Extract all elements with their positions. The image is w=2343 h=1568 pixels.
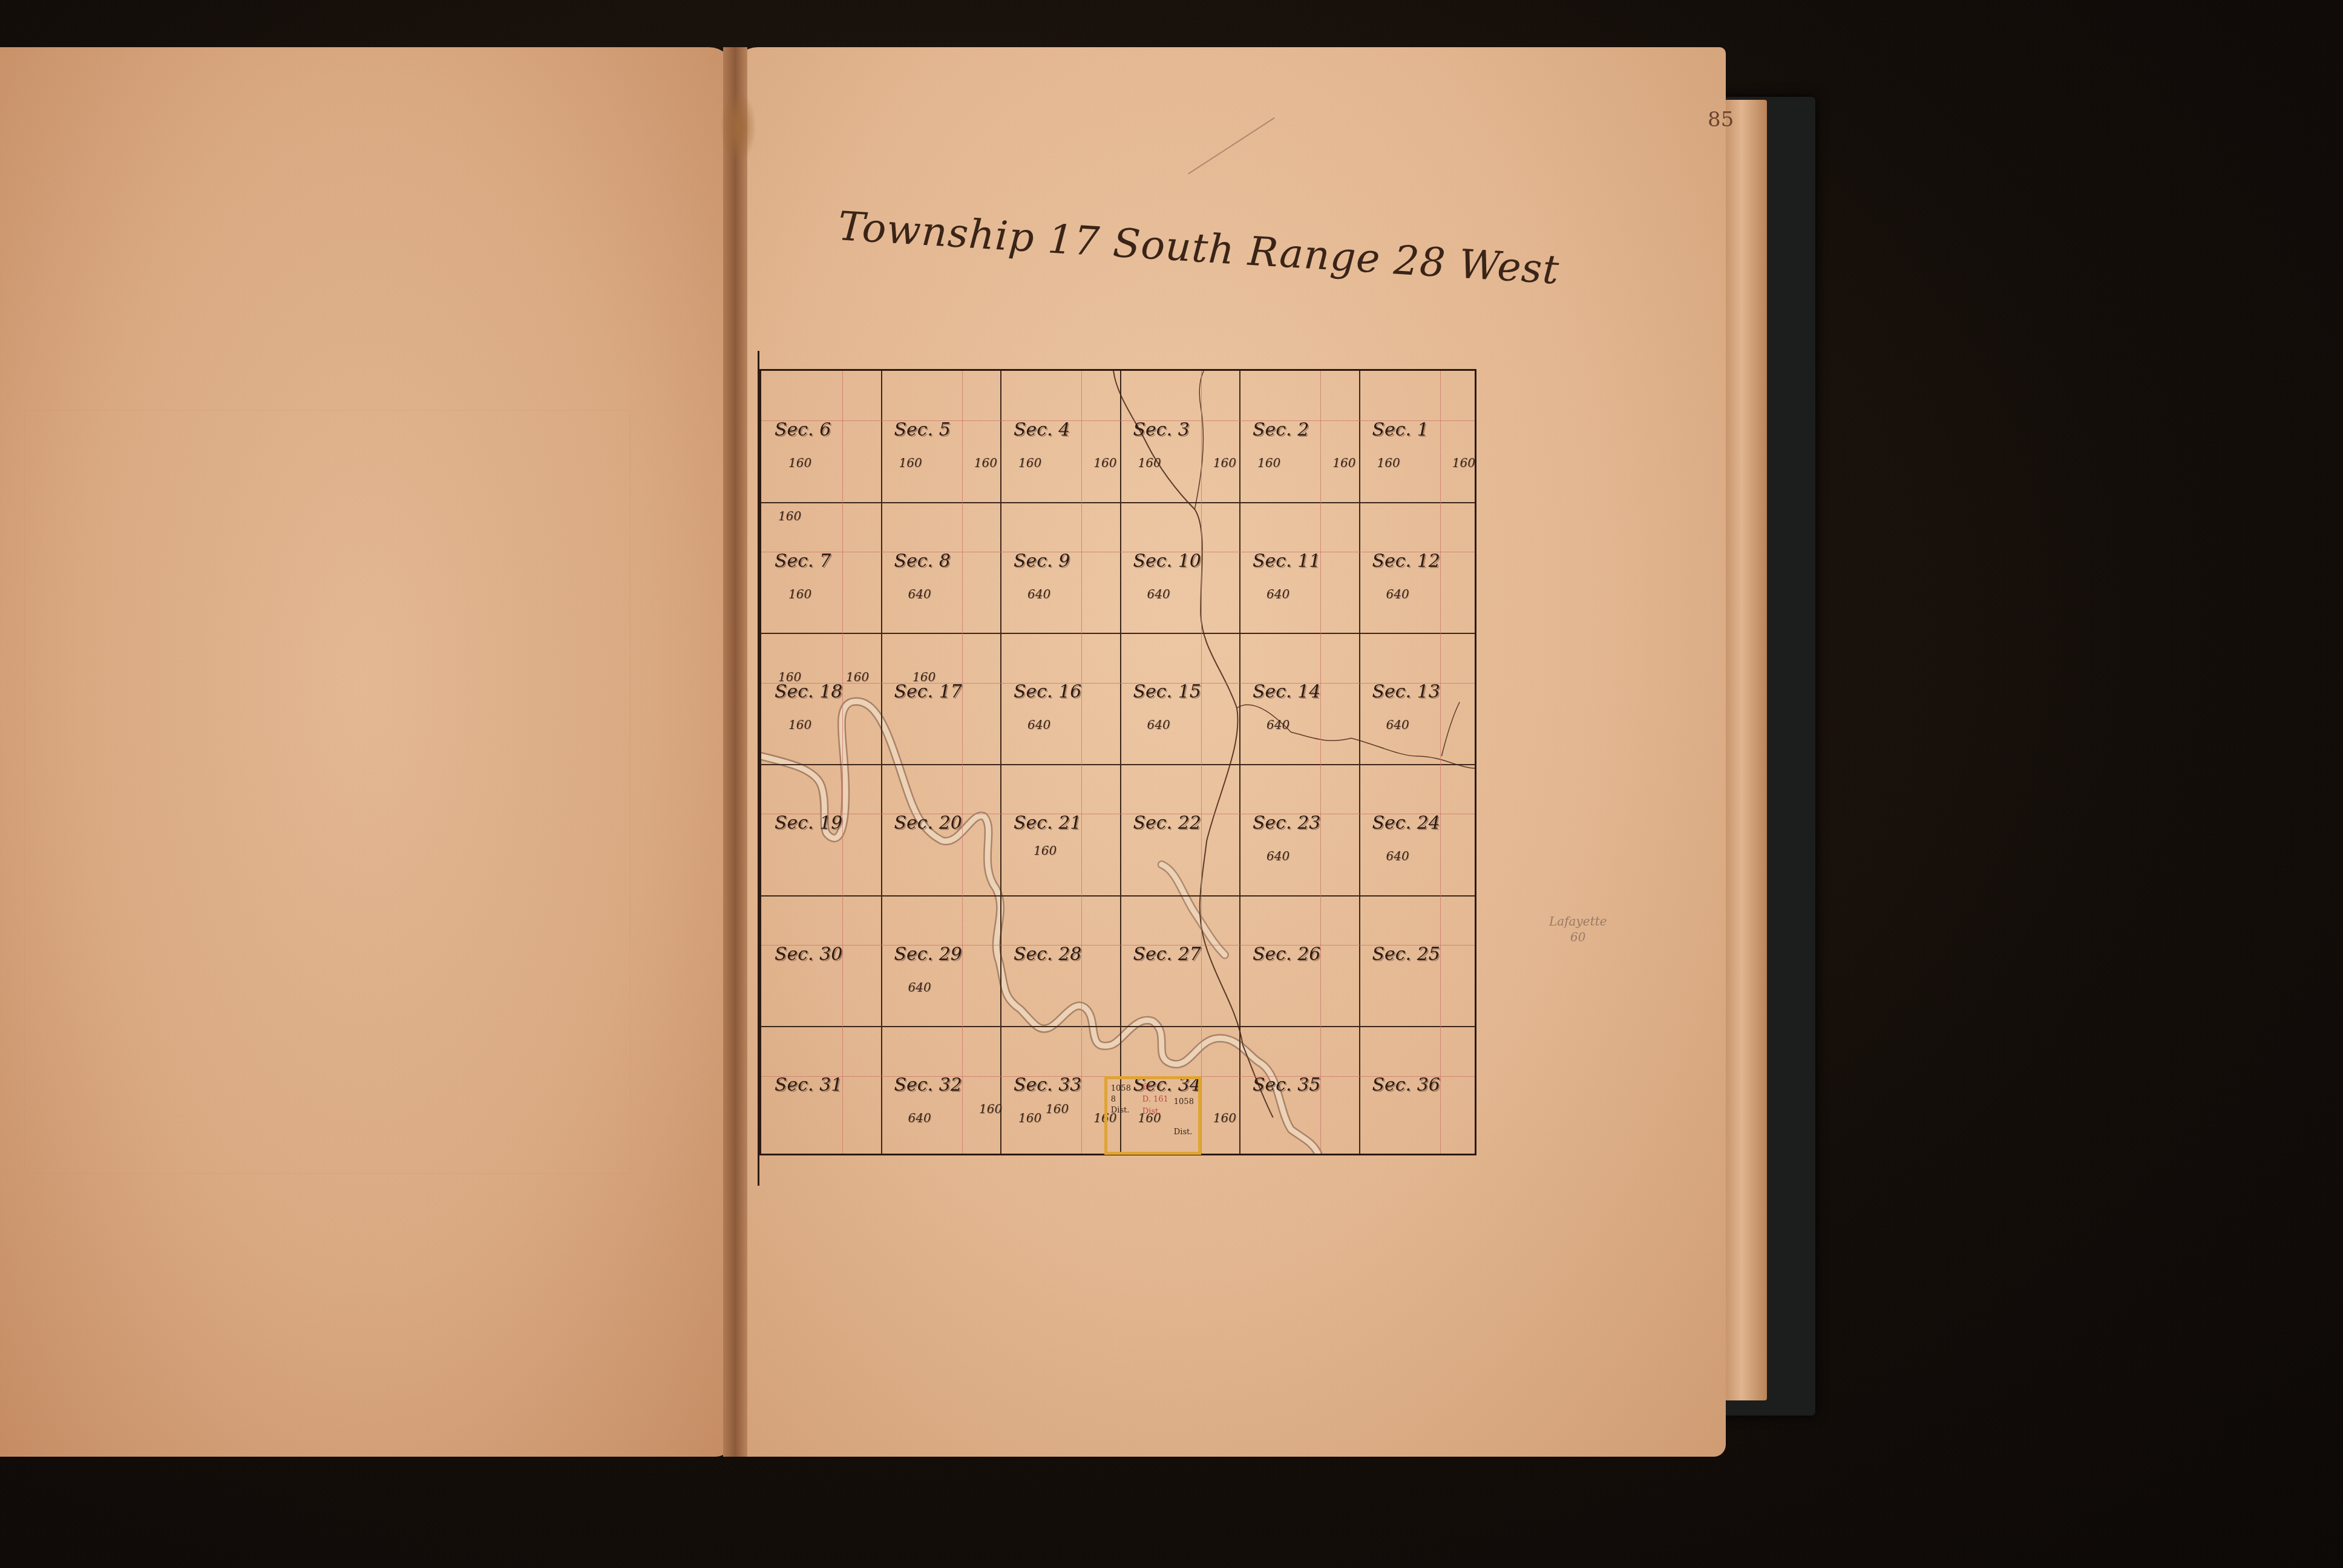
section-acreage: 640: [1386, 849, 1409, 863]
plat-section-20: Sec. 20: [881, 764, 1001, 895]
left-page: [0, 47, 733, 1457]
section-label: Sec. 10: [1133, 550, 1201, 572]
plat-section-15: Sec. 15640: [1120, 633, 1240, 764]
section-label: Sec. 16: [1014, 681, 1081, 702]
vertical-margin-note: · · · · · · · · · · · · · · · · · ·: [729, 675, 738, 805]
plat-section-17: Sec. 17: [881, 633, 1001, 764]
section-acreage: 640: [1147, 587, 1170, 601]
plat-section-19: Sec. 19: [761, 764, 881, 895]
section-label: Sec. 18: [775, 681, 842, 702]
plat-section-6: Sec. 6160: [761, 371, 881, 502]
section-label: Sec. 3: [1133, 419, 1190, 440]
section-acreage: 640: [1027, 587, 1050, 601]
plat-section-24: Sec. 24640: [1359, 764, 1479, 895]
section-label: Sec. 13: [1372, 681, 1440, 702]
plat-section-11: Sec. 11640: [1239, 502, 1359, 633]
section-label: Sec. 19: [775, 812, 842, 834]
plat-section-1: Sec. 1160160: [1359, 371, 1479, 502]
section-acreage: 640: [1027, 717, 1050, 732]
section-label: Sec. 25: [1372, 944, 1440, 965]
plat-section-28: Sec. 28: [1000, 895, 1120, 1027]
quarter-acreage-note: 160: [979, 1102, 1002, 1116]
plat-section-23: Sec. 23640: [1239, 764, 1359, 895]
section-acreage: 160: [788, 717, 811, 732]
plat-section-3: Sec. 3160160: [1120, 371, 1240, 502]
margin-note-line-2: 60: [1549, 929, 1607, 945]
section-acreage: 160: [1332, 456, 1355, 470]
section-label: Sec. 36: [1372, 1074, 1440, 1096]
highlighted-land-entry: 10588Dist.6/D. 161Dist.1058Dist.: [1104, 1076, 1201, 1155]
section-acreage: 160: [1018, 1111, 1041, 1125]
entry-annotation: 1058: [1174, 1097, 1194, 1106]
entry-annotation: Dist.: [1174, 1128, 1193, 1137]
plat-section-5: Sec. 5160160: [881, 371, 1001, 502]
section-acreage: 160: [1377, 456, 1400, 470]
quarter-acreage-note: 160: [1034, 843, 1057, 858]
section-label: Sec. 21: [1014, 812, 1081, 834]
section-acreage: 160: [1257, 456, 1280, 470]
section-label: Sec. 6: [775, 419, 831, 440]
section-acreage: 640: [1147, 717, 1170, 732]
township-grid: Sec. 6160Sec. 5160160Sec. 4160160Sec. 31…: [759, 369, 1476, 1155]
section-label: Sec. 14: [1253, 681, 1320, 702]
plat-section-10: Sec. 10640: [1120, 502, 1240, 633]
section-acreage: 160: [1093, 456, 1116, 470]
section-label: Sec. 30: [775, 944, 842, 965]
entry-annotation: 8: [1111, 1095, 1116, 1104]
plat-section-33: Sec. 33160160: [1000, 1026, 1120, 1157]
plat-section-18: Sec. 18160: [761, 633, 881, 764]
plat-section-32: Sec. 32640: [881, 1026, 1001, 1157]
section-label: Sec. 31: [775, 1074, 842, 1096]
plat-section-35: Sec. 35: [1239, 1026, 1359, 1157]
quarter-acreage-note: 160: [846, 670, 869, 684]
plat-section-12: Sec. 12640: [1359, 502, 1479, 633]
entry-annotation: 1058: [1111, 1084, 1131, 1093]
quarter-acreage-note: 160: [913, 670, 936, 684]
section-label: Sec. 35: [1253, 1074, 1320, 1096]
plat-section-36: Sec. 36: [1359, 1026, 1479, 1157]
section-label: Sec. 24: [1372, 812, 1440, 834]
section-label: Sec. 9: [1014, 550, 1070, 572]
plat-section-8: Sec. 8640: [881, 502, 1001, 633]
page-number: 85: [1708, 108, 1734, 132]
plat-section-26: Sec. 26: [1239, 895, 1359, 1027]
section-acreage: 640: [1386, 587, 1409, 601]
section-label: Sec. 12: [1372, 550, 1440, 572]
section-label: Sec. 15: [1133, 681, 1201, 702]
section-label: Sec. 22: [1133, 812, 1201, 834]
section-acreage: 160: [1018, 456, 1041, 470]
section-acreage: 640: [1386, 717, 1409, 732]
section-label: Sec. 23: [1253, 812, 1320, 834]
plat-section-30: Sec. 30: [761, 895, 881, 1027]
entry-annotation: Dist.: [1142, 1107, 1161, 1116]
section-acreage: 160: [788, 587, 811, 601]
section-label: Sec. 5: [894, 419, 951, 440]
section-label: Sec. 4: [1014, 419, 1070, 440]
section-label: Sec. 2: [1253, 419, 1309, 440]
plat-section-9: Sec. 9640: [1000, 502, 1120, 633]
plat-section-22: Sec. 22: [1120, 764, 1240, 895]
section-acreage: 640: [1267, 717, 1289, 732]
margin-note-line-1: Lafayette: [1549, 913, 1607, 929]
quarter-acreage-note: 160: [778, 509, 801, 523]
plat-section-13: Sec. 13640: [1359, 633, 1479, 764]
plat-section-2: Sec. 2160160: [1239, 371, 1359, 502]
section-acreage: 640: [908, 980, 931, 995]
section-acreage: 160: [1213, 456, 1236, 470]
plat-section-16: Sec. 16640: [1000, 633, 1120, 764]
section-label: Sec. 29: [894, 944, 962, 965]
plat-section-4: Sec. 4160160: [1000, 371, 1120, 502]
section-acreage: 640: [1267, 849, 1289, 863]
section-acreage: 160: [788, 456, 811, 470]
section-acreage: 160: [899, 456, 922, 470]
left-page-faint-frame: [24, 410, 631, 1174]
section-label: Sec. 8: [894, 550, 951, 572]
plat-section-25: Sec. 25: [1359, 895, 1479, 1027]
section-acreage: 640: [908, 1111, 931, 1125]
section-acreage: 640: [908, 587, 931, 601]
section-label: Sec. 32: [894, 1074, 962, 1096]
entry-annotation: Dist.: [1111, 1106, 1130, 1115]
section-acreage: 160: [974, 456, 997, 470]
plat-section-14: Sec. 14640: [1239, 633, 1359, 764]
section-label: Sec. 28: [1014, 944, 1081, 965]
section-acreage: 160: [1138, 456, 1161, 470]
page-block-edge: [1725, 100, 1767, 1400]
margin-note: Lafayette 60: [1549, 913, 1607, 945]
section-acreage: 160: [1213, 1111, 1236, 1125]
plat-section-31: Sec. 31: [761, 1026, 881, 1157]
entry-annotation: 6/: [1142, 1083, 1150, 1092]
plat-section-21: Sec. 21: [1000, 764, 1120, 895]
section-label: Sec. 20: [894, 812, 962, 834]
plat-section-29: Sec. 29640: [881, 895, 1001, 1027]
section-label: Sec. 27: [1133, 944, 1201, 965]
section-label: Sec. 1: [1372, 419, 1429, 440]
section-label: Sec. 33: [1014, 1074, 1081, 1096]
entry-annotation: D. 161: [1142, 1095, 1168, 1104]
section-acreage: 160: [1452, 456, 1475, 470]
quarter-acreage-note: 160: [778, 670, 801, 684]
section-label: Sec. 7: [775, 550, 831, 572]
section-label: Sec. 11: [1253, 550, 1320, 572]
quarter-acreage-note: 160: [1046, 1102, 1069, 1116]
plat-section-27: Sec. 27: [1120, 895, 1240, 1027]
section-label: Sec. 17: [894, 681, 962, 702]
section-label: Sec. 26: [1253, 944, 1320, 965]
page-stain: [720, 91, 756, 163]
section-acreage: 640: [1267, 587, 1289, 601]
